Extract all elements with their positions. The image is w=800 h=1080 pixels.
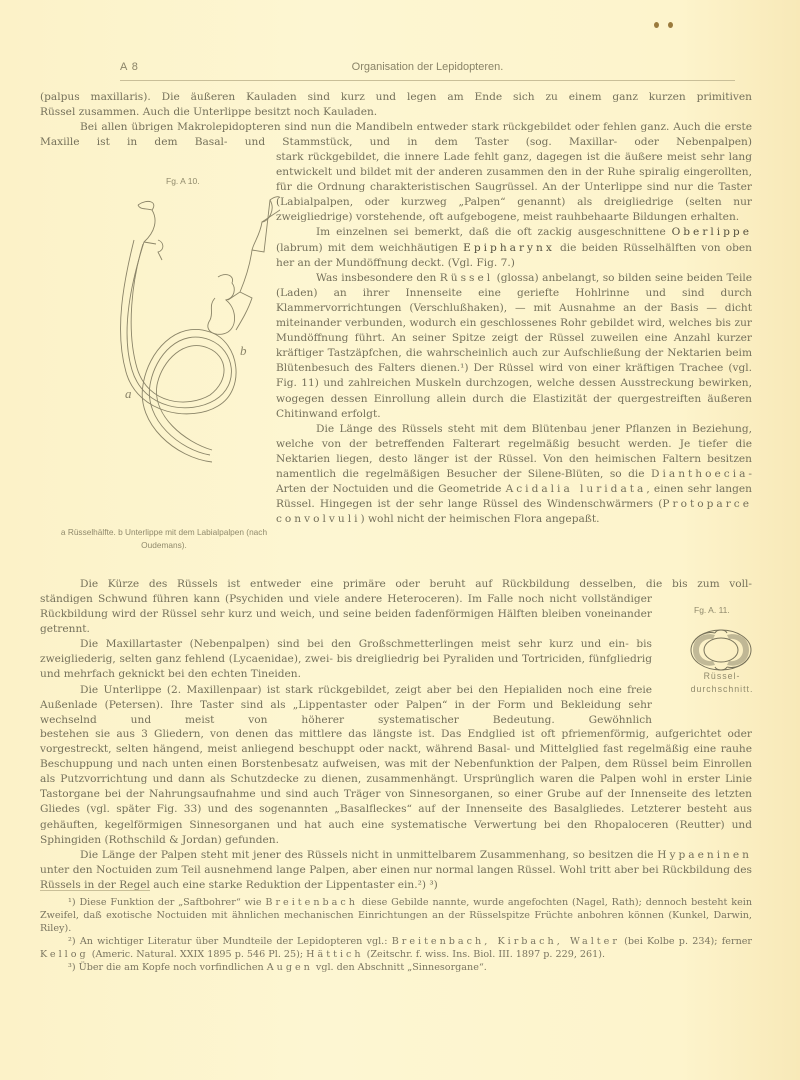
- paragraph-russel-kuerze: Die Kürze des Rüssels ist entweder eine …: [40, 577, 752, 592]
- page-header: A 8 Organisation der Lepidopteren.: [120, 58, 735, 81]
- figure-a11-cross-section: [685, 625, 757, 675]
- column-beside-figure: stark rückgebildet, die innere Lade fehl…: [276, 150, 752, 527]
- ink-speck: [668, 22, 673, 28]
- figure-a10-proboscis-drawing: b a: [40, 180, 280, 520]
- column-beside-figure-a11: ständigen Schwund führen kann (Psychiden…: [40, 592, 652, 728]
- paragraph-russel-laenge: Die Länge des Rüssels steht mit dem Blüt…: [276, 422, 752, 528]
- scanned-page: A 8 Organisation der Lepidopteren. (palp…: [0, 0, 800, 1080]
- figure-marker-a: a: [125, 386, 132, 401]
- opening-paragraph: (palpus maxillaris). Die äußeren Kaulade…: [40, 90, 752, 150]
- running-title: Organisation der Lepidopteren.: [120, 61, 735, 73]
- paragraph-russel: Was insbesondere den Rüssel (glossa) anb…: [276, 271, 752, 422]
- footnote-3: ³) Über die am Kopfe noch vorfindlichen …: [40, 962, 752, 975]
- figure-marker-b: b: [240, 343, 247, 358]
- paragraph-palpen-glieder: bestehen sie aus 3 Gliedern, von denen d…: [40, 727, 752, 893]
- paragraph-mandibeln: Bei allen übrigen Makrolepidopteren sind…: [40, 120, 752, 150]
- paragraph-palpen-laenge: Die Länge der Palpen steht mit jener des…: [40, 848, 752, 893]
- footnote-2: ²) An wichtiger Literatur über Mundteile…: [40, 936, 752, 962]
- footnote-1: ¹) Diese Funktion der „Saftbohrer“ wie B…: [40, 897, 752, 936]
- figure-a11-caption: Rüssel-durchschnitt.: [682, 670, 762, 696]
- footnote-divider: [40, 890, 150, 891]
- paragraph-maxillartaster: Die Maxillartaster (Nebenpalpen) sind be…: [40, 637, 652, 682]
- ink-speck: [654, 22, 659, 28]
- footnotes: ¹) Diese Funktion der „Saftbohrer“ wie B…: [40, 897, 752, 974]
- paragraph-unterlippe: Die Unterlippe (2. Maxillenpaar) ist sta…: [40, 683, 652, 728]
- figure-a10-caption: a Rüsselhälfte. b Unterlippe mit dem Lab…: [52, 526, 276, 552]
- paragraph-oberlippe: Im einzelnen sei bemerkt, daß die oft za…: [276, 225, 752, 270]
- figure-a11-label: Fg. A. 11.: [694, 605, 730, 615]
